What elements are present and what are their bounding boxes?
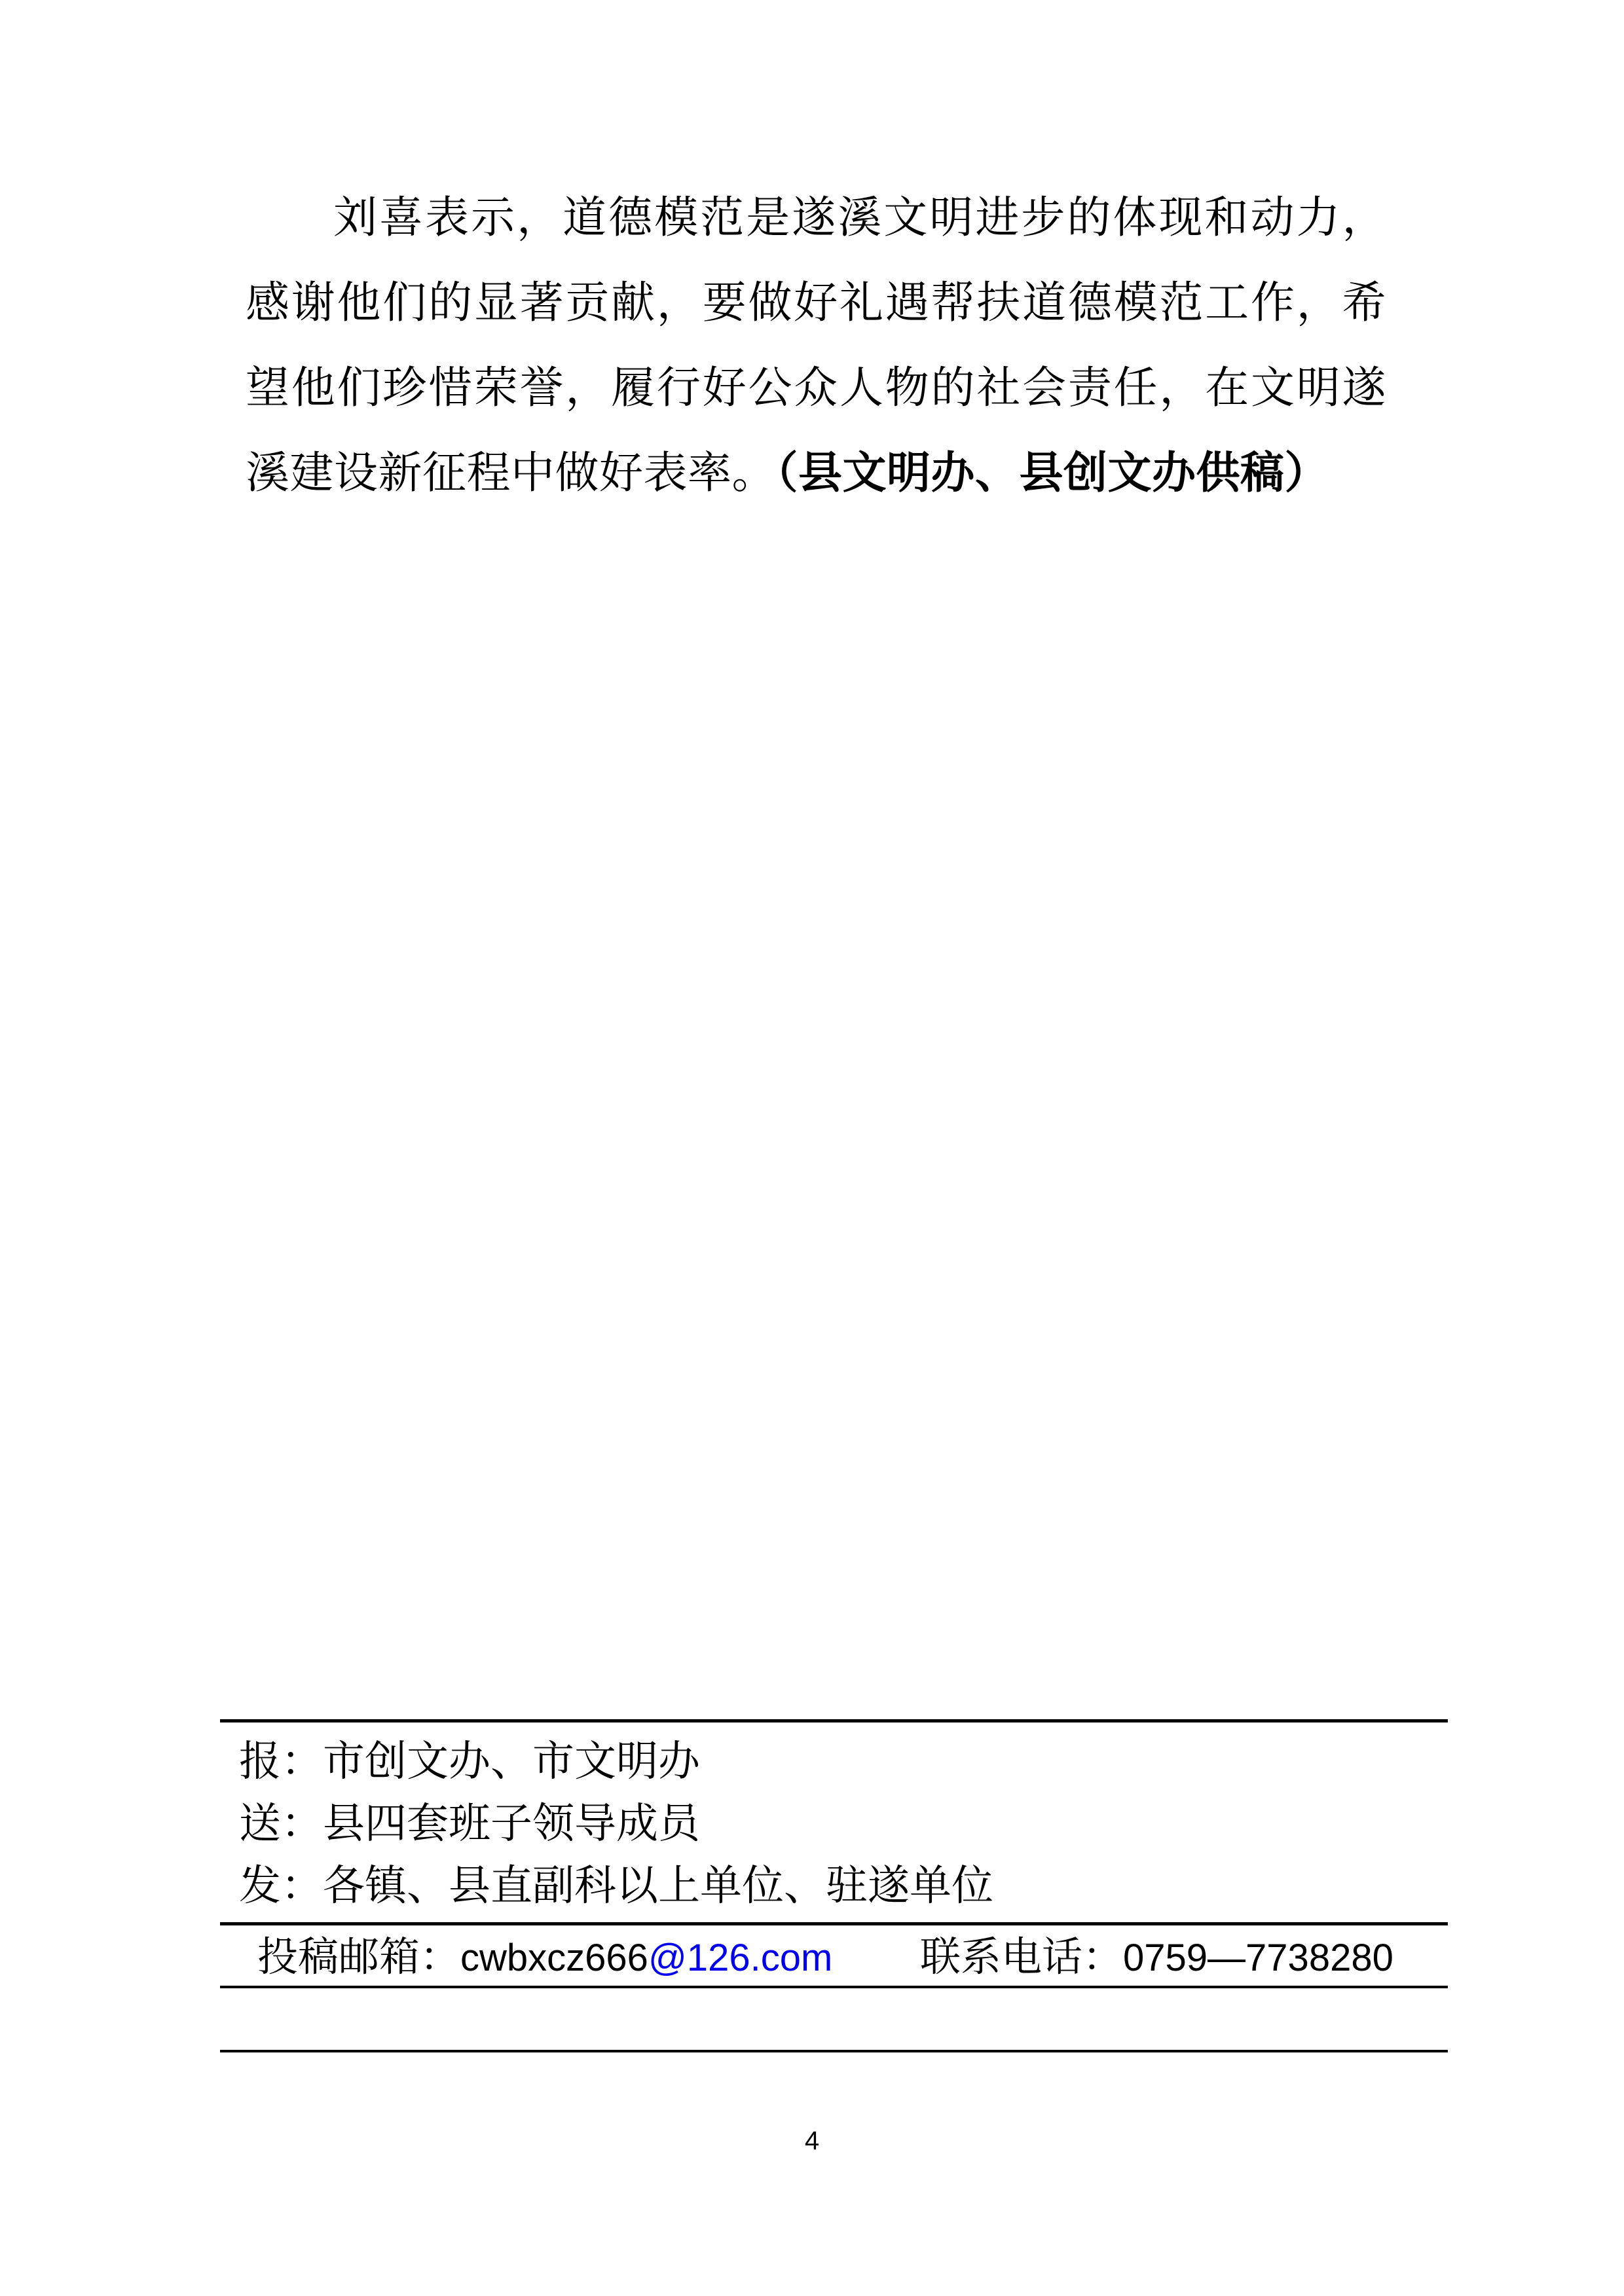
contact-phone-number: 0759—7738280 [1123, 1937, 1393, 1979]
footer-bottom-rule [220, 2050, 1448, 2052]
footer-contact-line: 投稿邮箱：cwbxcz666@126.com 联系电话：0759—7738280 [0, 1935, 1624, 1984]
contact-phone-group: 联系电话：0759—7738280 [920, 1935, 1393, 1980]
body-paragraph: 刘喜表示，道德模范是遂溪文明进步的体现和动力，感谢他们的显著贡献，要做好礼遇帮扶… [246, 175, 1386, 516]
page-number: 4 [0, 2126, 1624, 2156]
submission-email-group: 投稿邮箱：cwbxcz666@126.com [257, 1935, 832, 1980]
footer-email-rule [220, 1986, 1448, 1988]
footer-top-rule [220, 1719, 1448, 1722]
footer-distribute-line: 发：各镇、县直副科以上单位、驻遂单位 [239, 1863, 1450, 1909]
submission-email-user: cwbxcz666 [460, 1937, 648, 1979]
footer-report-line: 报：市创文办、市文明办 [239, 1739, 1450, 1785]
contact-phone-label: 联系电话： [920, 1935, 1123, 1980]
submission-email-label: 投稿邮箱： [257, 1935, 460, 1980]
footer-middle-rule [220, 1922, 1448, 1925]
document-page: 刘喜表示，道德模范是遂溪文明进步的体现和动力，感谢他们的显著贡献，要做好礼遇帮扶… [0, 0, 1624, 2296]
paragraph-credit: （县文明办、县创文办供稿） [776, 449, 1329, 498]
submission-email-domain-link[interactable]: @126.com [648, 1937, 832, 1979]
footer-send-line: 送：县四套班子领导成员 [239, 1801, 1450, 1847]
